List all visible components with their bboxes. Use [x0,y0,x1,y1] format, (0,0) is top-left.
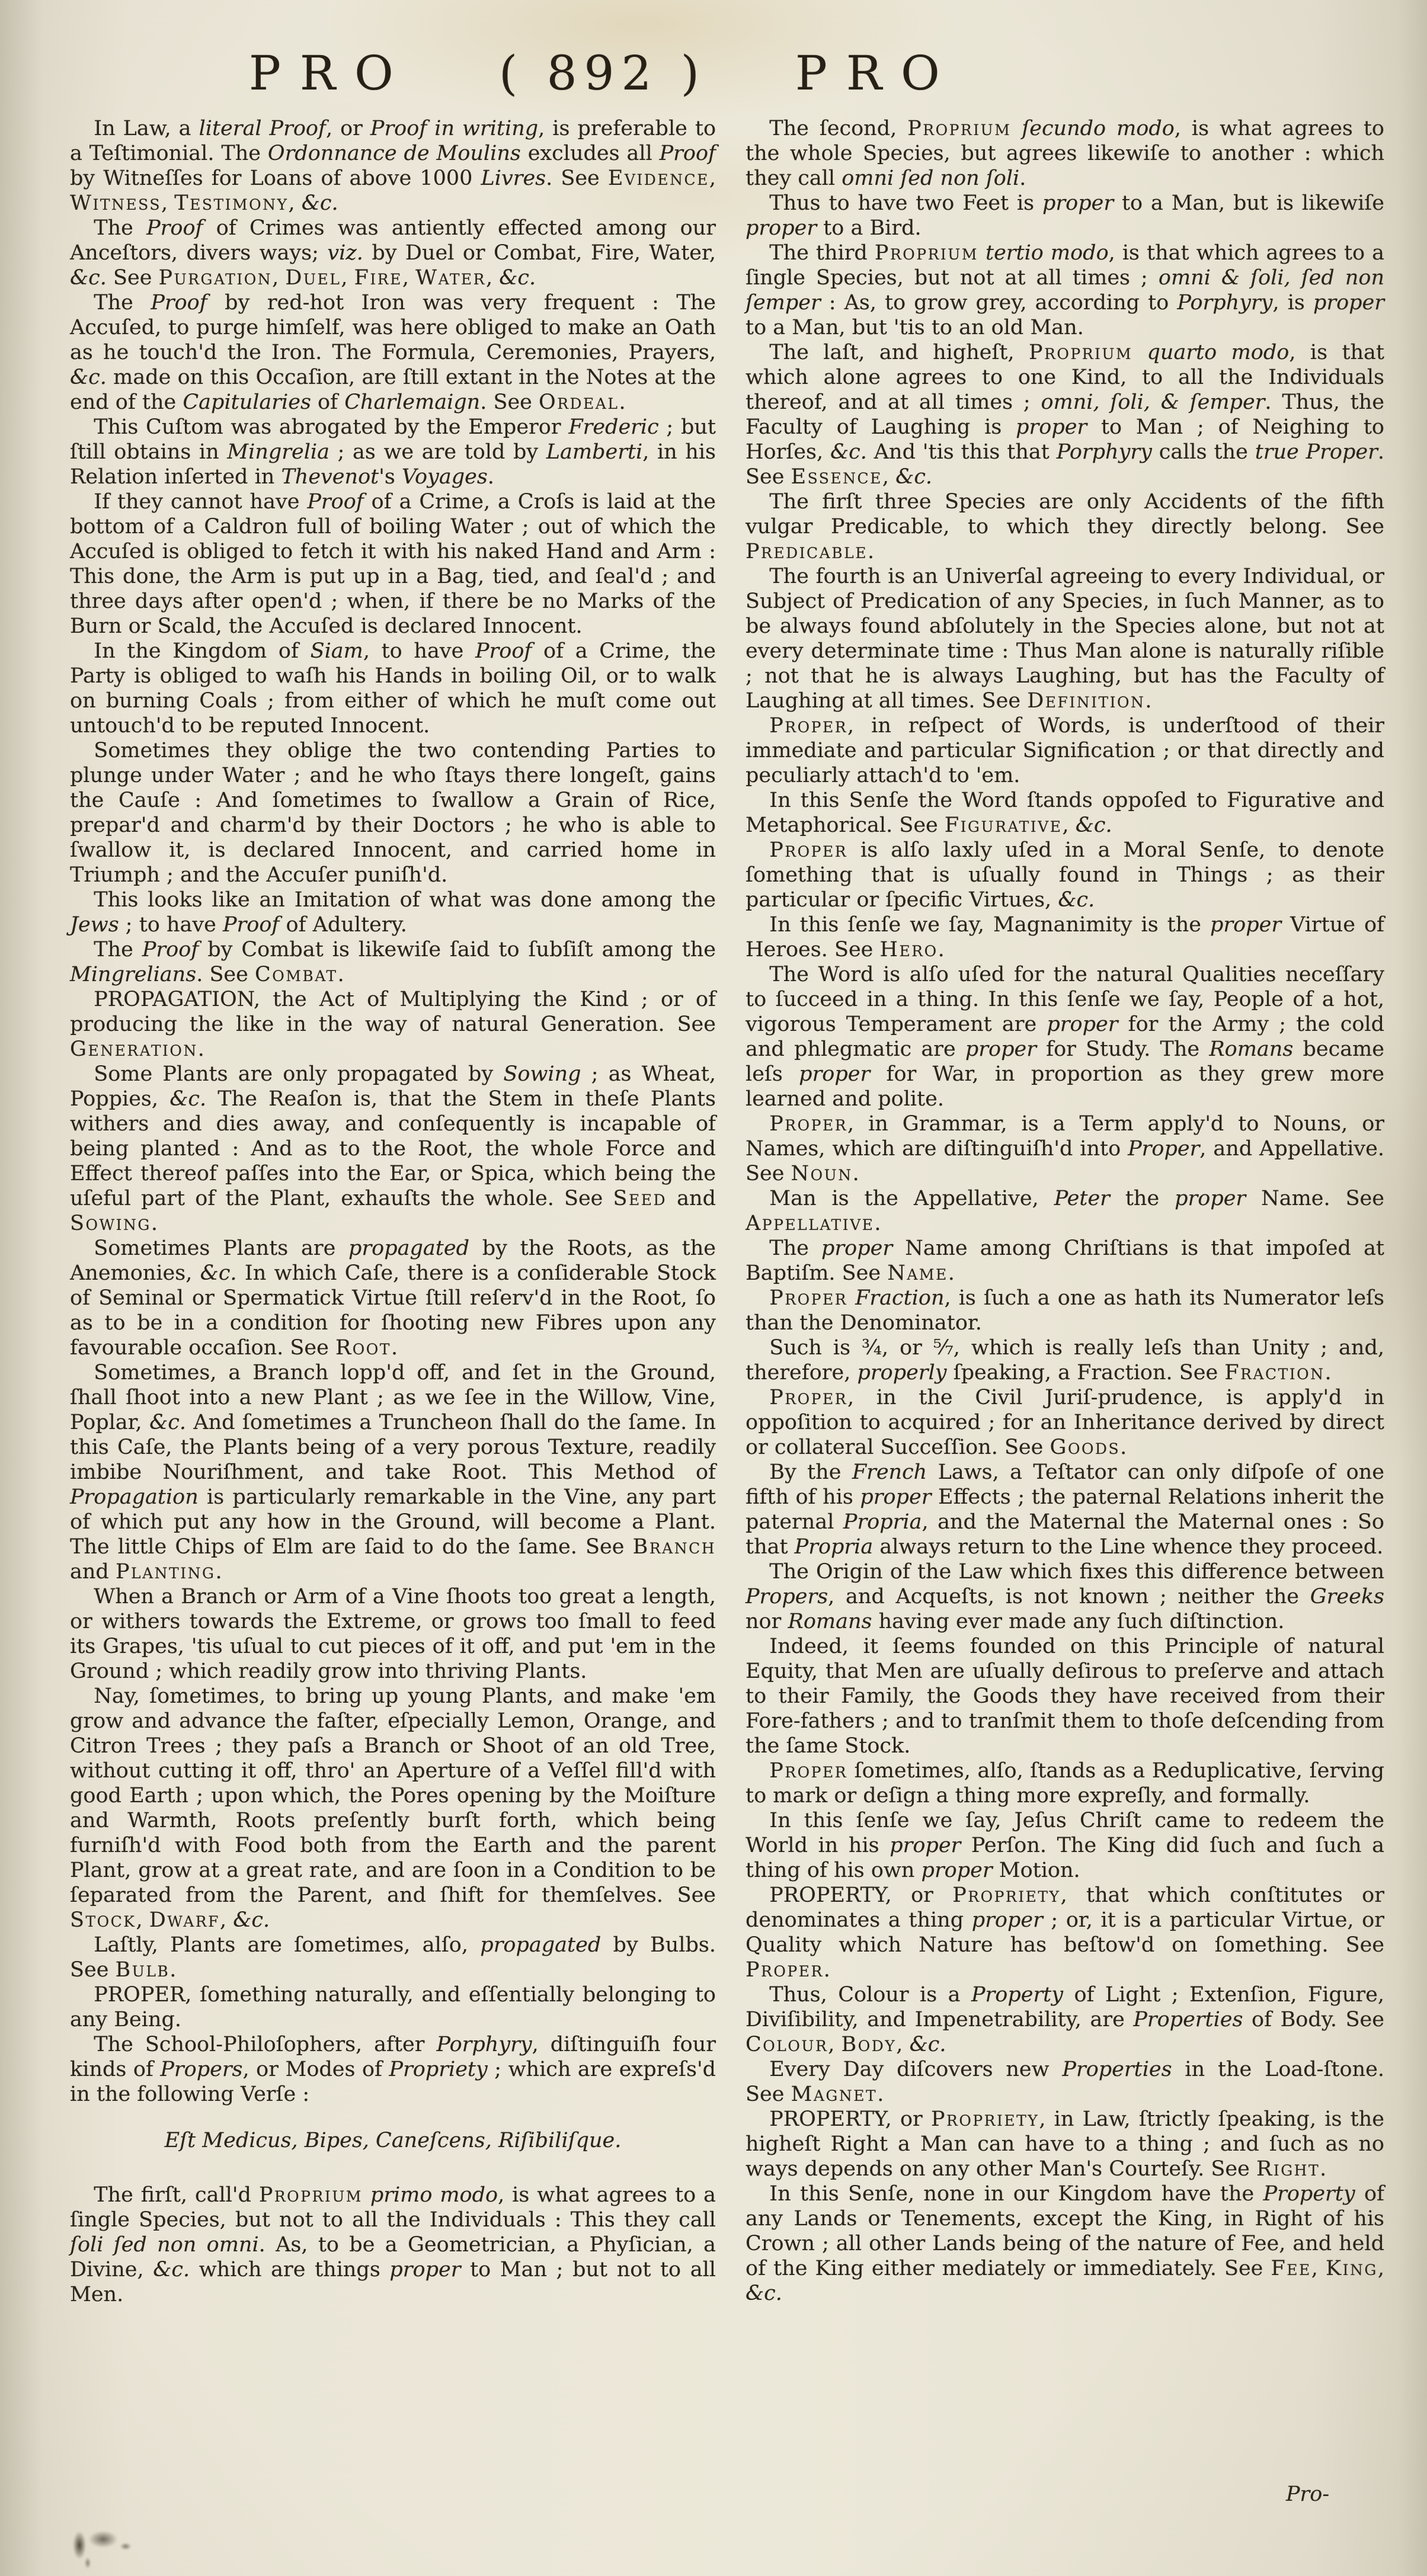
catchword: Pro- [1286,2482,1329,2506]
paragraph: Laſtly, Plants are ſometimes, alſo, prop… [70,1933,716,1982]
paragraph: In Law, a literal Proof, or Proof in wri… [70,116,716,216]
paragraph: Proper ſometimes, alſo, ſtands as a Redu… [746,1758,1384,1808]
paragraph: The proper Name among Chriſtians is that… [746,1236,1384,1286]
paragraph: Proper Fraction, is ſuch a one as hath i… [746,1286,1384,1335]
paragraph: Sometimes, a Branch lopp'd off, and ſet … [70,1360,716,1584]
paragraph: Nay, ſometimes, to bring up young Plants… [70,1684,716,1933]
paragraph: In this Senſe the Word ſtands oppoſed to… [746,788,1384,838]
paragraph: The Proof by red-hot Iron was very frequ… [70,290,716,415]
paragraph: The Word is alſo uſed for the natural Qu… [746,962,1384,1111]
paragraph: Some Plants are only propagated by Sowin… [70,1062,716,1236]
paragraph: By the French Laws, a Teſtator can only … [746,1460,1384,1559]
paragraph: The ſecond, Proprium ſecundo modo, is wh… [746,116,1384,191]
paragraph: The Proof of Crimes was antiently effect… [70,216,716,290]
paragraph: The third Proprium tertio modo, is that … [746,241,1384,340]
paragraph: Sometimes Plants are propagated by the R… [70,1236,716,1360]
paragraph: In this ſenſe we ſay, Jeſus Chriſt came … [746,1808,1384,1883]
paragraph: Proper, in Grammar, is a Term apply'd to… [746,1111,1384,1186]
ink-smudge [64,2511,177,2573]
latin-verse: Eſt Medicus, Bipes, Caneſcens, Riſibiliſ… [70,2128,716,2153]
entry-property: PROPERTY, or Propriety, that which conſt… [746,1883,1384,1982]
right-column: The ſecond, Proprium ſecundo modo, is wh… [746,116,1384,2306]
paragraph: Proper, in the Civil Juriſ-prudence, is … [746,1385,1384,1460]
entry-property-law: PROPERTY, or Propriety, in Law, ſtrictly… [746,2107,1384,2181]
scanned-encyclopedia-page: PRO ( 892 ) PRO In Law, a literal Proof,… [0,0,1427,2576]
paragraph: The Origin of the Law which fixes this d… [746,1559,1384,1634]
running-title-left: PRO [249,50,412,97]
running-title-right: PRO [795,50,959,97]
paragraph: Thus, Colour is a Property of Light ; Ex… [746,1982,1384,2057]
paragraph: Proper, in reſpect of Words, is underſto… [746,713,1384,788]
paragraph: In this Senſe, none in our Kingdom have … [746,2181,1384,2306]
paragraph: The firſt, call'd Proprium primo modo, i… [70,2183,716,2307]
left-column: In Law, a literal Proof, or Proof in wri… [70,116,716,2307]
paragraph: The fourth is an Univerſal agreeing to e… [746,564,1384,713]
paragraph: Indeed, it ſeems founded on this Princip… [746,1634,1384,1758]
entry-propagation: PROPAGATION, the Act of Multiplying the … [70,987,716,1062]
paragraph: The firſt three Species are only Acciden… [746,489,1384,564]
paragraph: In this ſenſe we ſay, Magnanimity is the… [746,912,1384,962]
paragraph: The School-Philoſophers, after Porphyry,… [70,2032,716,2107]
paragraph: The Proof by Combat is likewiſe ſaid to … [70,937,716,987]
paragraph: Such is ³⁄₄, or ⁵⁄₇, which is really leſ… [746,1335,1384,1385]
paragraph: Man is the Appellative, Peter the proper… [746,1186,1384,1236]
paragraph: Every Day diſcovers new Properties in th… [746,2057,1384,2107]
paragraph: Sometimes they oblige the two contending… [70,738,716,887]
paragraph: The laſt, and higheſt, Proprium quarto m… [746,340,1384,489]
paragraph: Thus to have two Feet is proper to a Man… [746,191,1384,241]
paragraph: This looks like an Imitation of what was… [70,887,716,937]
paragraph: When a Branch or Arm of a Vine ſhoots to… [70,1584,716,1684]
paragraph: If they cannot have Proof of a Crime, a … [70,489,716,639]
paragraph: This Cuſtom was abrogated by the Emperor… [70,415,716,489]
paragraph: Proper is alſo laxly uſed in a Moral Sen… [746,838,1384,912]
page-number: ( 892 ) [499,50,706,97]
entry-proper: PROPER, ſomething naturally, and eſſenti… [70,1982,716,2032]
paragraph: In the Kingdom of Siam, to have Proof of… [70,639,716,738]
